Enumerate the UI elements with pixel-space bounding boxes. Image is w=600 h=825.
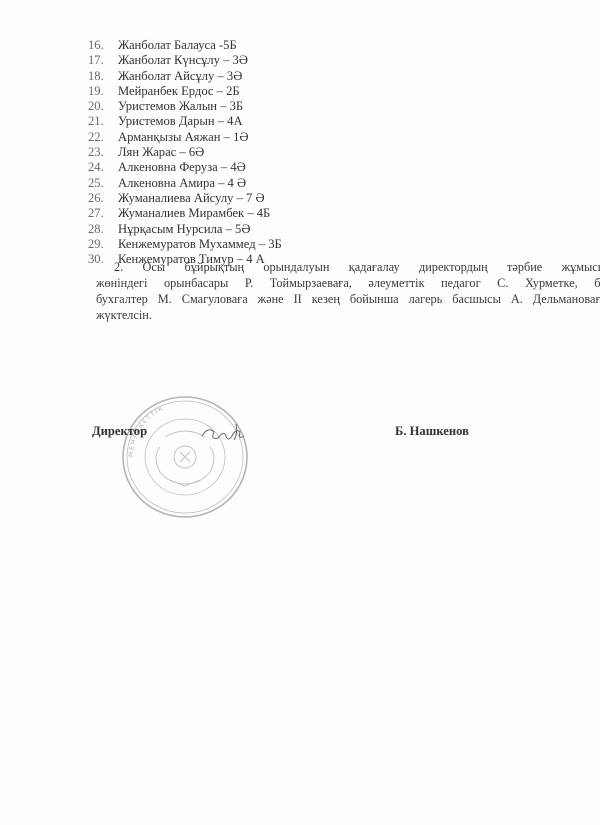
item-text: Жанболат Күнсұлу – 3Ә [118,53,248,68]
responsibility-paragraph: 2. Осы бұйрықтың орындалуын қадағалау ди… [96,259,600,323]
item-text: Лян Жарас – 6Ә [118,145,204,160]
list-item: 24.Алкеновна Феруза – 4Ә [88,160,282,175]
document-page: 16.Жанболат Балауса -5Б 17.Жанболат Күнс… [0,0,600,825]
official-stamp-icon: МЕМЛЕКЕТТІК [110,392,260,522]
item-text: Мейранбек Ердос – 2Б [118,84,240,99]
item-number: 25. [88,176,118,191]
list-item: 20.Уристемов Жалын – 3Б [88,99,282,114]
item-text: Жанболат Айсұлу – 3Ә [118,69,242,84]
item-text: Нұрқасым Нурсила – 5Ә [118,222,250,237]
list-item: 18.Жанболат Айсұлу – 3Ә [88,69,282,84]
list-item: 27.Жуманалиев Мирамбек – 4Б [88,206,282,221]
item-number: 27. [88,206,118,221]
item-number: 17. [88,53,118,68]
paragraph-line: бухгалтер М. Смагуловаға және ІІ кезең б… [96,291,600,307]
item-text: Жуманалиева Айсулу – 7 Ә [118,191,265,206]
item-number: 28. [88,222,118,237]
student-list: 16.Жанболат Балауса -5Б 17.Жанболат Күнс… [88,38,282,267]
list-item: 29.Кенжемуратов Мухаммед – 3Б [88,237,282,252]
list-item: 17.Жанболат Күнсұлу – 3Ә [88,53,282,68]
list-item: 21.Уристемов Дарын – 4А [88,114,282,129]
list-item: 26.Жуманалиева Айсулу – 7 Ә [88,191,282,206]
paragraph-line: 2. Осы бұйрықтың орындалуын қадағалау ди… [96,259,600,275]
signature-icon [198,418,248,448]
list-item: 25.Алкеновна Амира – 4 Ә [88,176,282,191]
item-text: Уристемов Жалын – 3Б [118,99,243,114]
item-text: Алкеновна Феруза – 4Ә [118,160,246,175]
list-item: 16.Жанболат Балауса -5Б [88,38,282,53]
item-text: Уристемов Дарын – 4А [118,114,243,129]
director-label: Директор [92,424,147,439]
item-number: 18. [88,69,118,84]
item-text: Алкеновна Амира – 4 Ә [118,176,246,191]
item-number: 26. [88,191,118,206]
list-item: 23.Лян Жарас – 6Ә [88,145,282,160]
paragraph-line: жүктелсін. [96,307,600,323]
item-text: Арманқызы Аяжан – 1Ә [118,130,248,145]
list-item: 19.Мейранбек Ердос – 2Б [88,84,282,99]
item-number: 22. [88,130,118,145]
item-number: 19. [88,84,118,99]
item-number: 20. [88,99,118,114]
item-number: 23. [88,145,118,160]
item-number: 24. [88,160,118,175]
item-text: Жуманалиев Мирамбек – 4Б [118,206,270,221]
item-number: 21. [88,114,118,129]
item-text: Кенжемуратов Мухаммед – 3Б [118,237,282,252]
list-item: 28.Нұрқасым Нурсила – 5Ә [88,222,282,237]
director-name: Б. Нашкенов [395,424,469,439]
list-item: 22.Арманқызы Аяжан – 1Ә [88,130,282,145]
paragraph-line: жөніндегі орынбасары Р. Тоймырзаеваға, ә… [96,275,600,291]
item-number: 29. [88,237,118,252]
item-number: 16. [88,38,118,53]
item-text: Жанболат Балауса -5Б [118,38,237,53]
